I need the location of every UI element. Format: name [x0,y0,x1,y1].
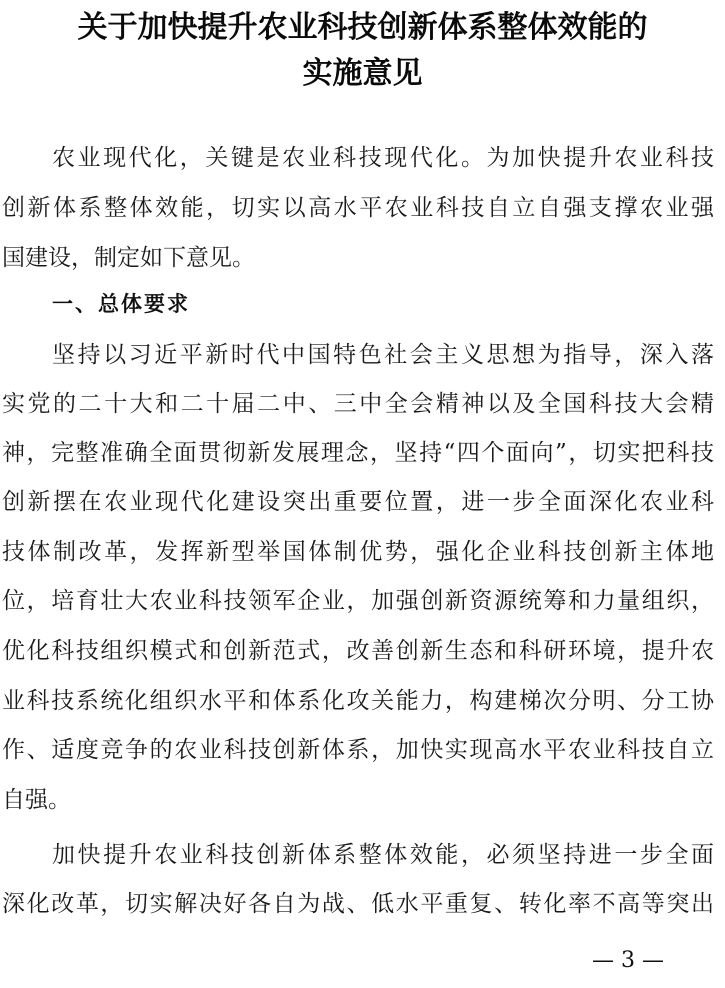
section-paragraph-line: 业科技系统化组织水平和体系化攻关能力，构建梯次分明、分工协 [2,686,714,716]
document-page: 关于加快提升农业科技创新体系整体效能的 实施意见 农业现代化，关键是农业科技现代… [0,0,725,988]
section-paragraph-line: 技体制改革，发挥新型举国体制优势，强化企业科技创新主体地 [2,537,714,567]
section-paragraph-line: 神，完整准确全面贯彻新发展理念，坚持“四个面向”，切实把科技 [2,438,714,468]
document-title-line-2: 实施意见 [0,48,725,92]
section-paragraph-line: 作、适度竞争的农业科技创新体系，加快实现高水平农业科技自立 [2,735,714,765]
intro-paragraph-line: 创新体系整体效能，切实以高水平农业科技自立自强支撑农业强 [2,193,714,223]
section-paragraph-line: 优化科技组织模式和创新范式，改善创新生态和科研环境，提升农 [2,636,714,666]
section-paragraph-line: 自强。 [2,785,714,815]
page-number: — 3 — [592,948,664,973]
section-paragraph-line: 实党的二十大和二十届二中、三中全会精神以及全国科技大会精 [2,389,714,419]
intro-paragraph-line: 农业现代化，关键是农业科技现代化。为加快提升农业科技 [52,143,714,173]
section-paragraph-line: 坚持以习近平新时代中国特色社会主义思想为指导，深入落 [52,340,714,370]
section-paragraph-line: 创新摆在农业现代化建设突出重要位置，进一步全面深化农业科 [2,487,714,517]
section-paragraph-line: 深化改革，切实解决好各自为战、低水平重复、转化率不高等突出 [2,889,714,919]
section-heading: 一、总体要求 [52,288,190,318]
intro-paragraph-line: 国建设，制定如下意见。 [2,243,714,273]
section-paragraph-line: 位，培育壮大农业科技领军企业，加强创新资源统筹和力量组织， [2,586,714,616]
document-title-line-1: 关于加快提升农业科技创新体系整体效能的 [0,2,725,46]
section-paragraph-line: 加快提升农业科技创新体系整体效能，必须坚持进一步全面 [52,840,714,870]
